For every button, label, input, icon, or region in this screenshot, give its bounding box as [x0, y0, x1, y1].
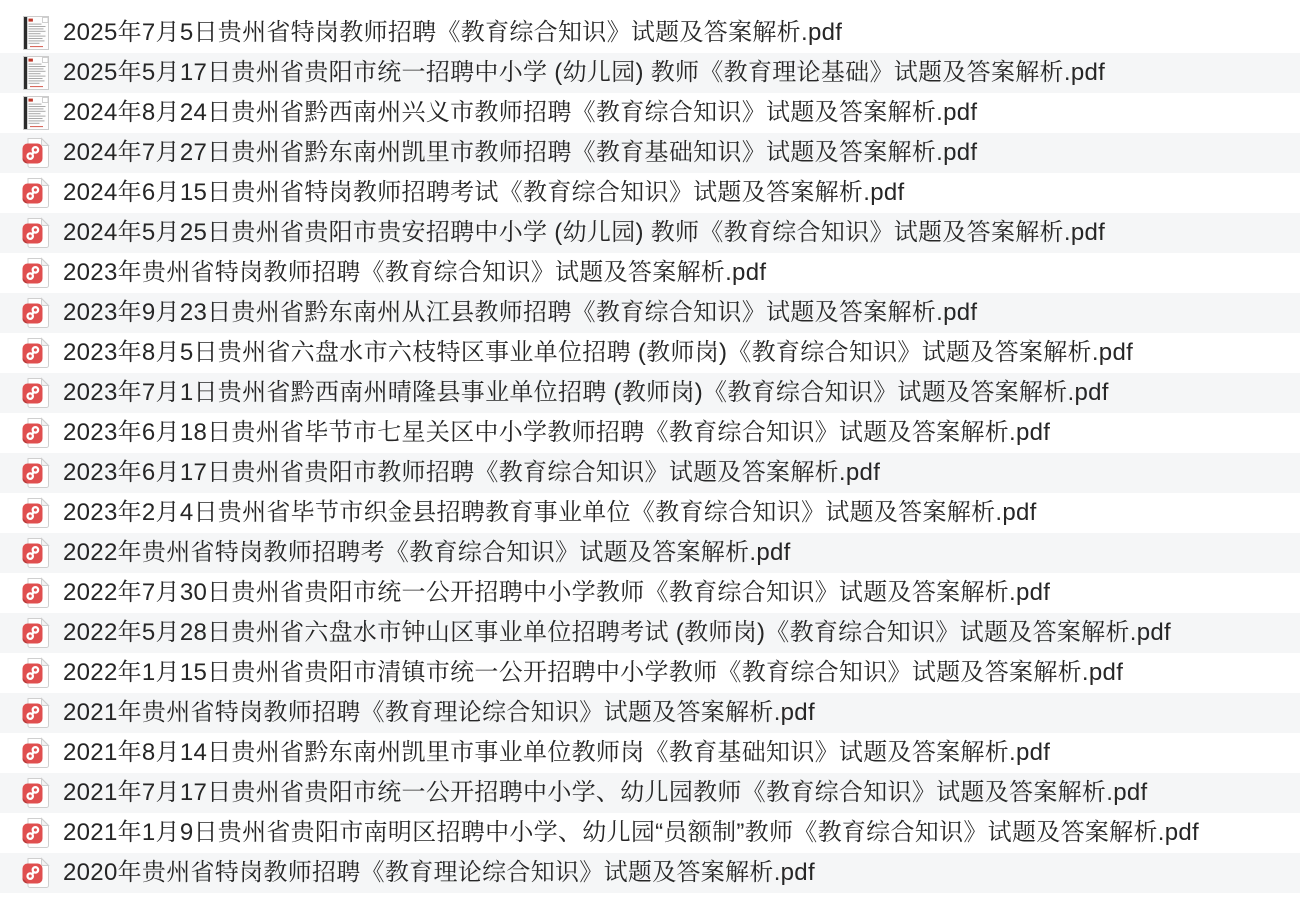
file-row[interactable]: 2021年7月17日贵州省贵阳市统一公开招聘中小学、幼儿园教师《教育综合知识》试…	[0, 773, 1300, 813]
pdf-thumbnail-icon	[22, 17, 50, 50]
file-name-label: 2024年5月25日贵州省贵阳市贵安招聘中小学 (幼儿园) 教师《教育综合知识》…	[63, 213, 1105, 253]
file-row[interactable]: 2023年6月18日贵州省毕节市七星关区中小学教师招聘《教育综合知识》试题及答案…	[0, 413, 1300, 453]
file-name-label: 2024年6月15日贵州省特岗教师招聘考试《教育综合知识》试题及答案解析.pdf	[63, 173, 904, 213]
file-name-label: 2024年8月24日贵州省黔西南州兴义市教师招聘《教育综合知识》试题及答案解析.…	[63, 93, 977, 133]
file-name-label: 2022年5月28日贵州省六盘水市钟山区事业单位招聘考试 (教师岗)《教育综合知…	[63, 613, 1171, 653]
file-row[interactable]: 2022年贵州省特岗教师招聘考《教育综合知识》试题及答案解析.pdf	[0, 533, 1300, 573]
file-name-label: 2025年7月5日贵州省特岗教师招聘《教育综合知识》试题及答案解析.pdf	[63, 13, 842, 53]
file-name-label: 2021年7月17日贵州省贵阳市统一公开招聘中小学、幼儿园教师《教育综合知识》试…	[63, 773, 1147, 813]
pdf-file-icon	[22, 697, 50, 730]
file-row[interactable]: 2024年8月24日贵州省黔西南州兴义市教师招聘《教育综合知识》试题及答案解析.…	[0, 93, 1300, 133]
pdf-file-icon	[22, 337, 50, 370]
file-name-label: 2022年1月15日贵州省贵阳市清镇市统一公开招聘中小学教师《教育综合知识》试题…	[63, 653, 1123, 693]
pdf-file-icon	[22, 417, 50, 450]
file-name-label: 2022年7月30日贵州省贵阳市统一公开招聘中小学教师《教育综合知识》试题及答案…	[63, 573, 1050, 613]
pdf-file-icon	[22, 297, 50, 330]
file-row[interactable]: 2021年1月9日贵州省贵阳市南明区招聘中小学、幼儿园“员额制”教师《教育综合知…	[0, 813, 1300, 853]
file-name-label: 2021年8月14日贵州省黔东南州凯里市事业单位教师岗《教育基础知识》试题及答案…	[63, 733, 1050, 773]
pdf-file-icon	[22, 777, 50, 810]
pdf-file-icon	[22, 617, 50, 650]
file-row[interactable]: 2021年8月14日贵州省黔东南州凯里市事业单位教师岗《教育基础知识》试题及答案…	[0, 733, 1300, 773]
file-row[interactable]: 2023年2月4日贵州省毕节市织金县招聘教育事业单位《教育综合知识》试题及答案解…	[0, 493, 1300, 533]
pdf-file-icon	[22, 377, 50, 410]
file-row[interactable]: 2021年贵州省特岗教师招聘《教育理论综合知识》试题及答案解析.pdf	[0, 693, 1300, 733]
file-row[interactable]: 2024年6月15日贵州省特岗教师招聘考试《教育综合知识》试题及答案解析.pdf	[0, 173, 1300, 213]
file-row[interactable]: 2023年贵州省特岗教师招聘《教育综合知识》试题及答案解析.pdf	[0, 253, 1300, 293]
file-name-label: 2021年1月9日贵州省贵阳市南明区招聘中小学、幼儿园“员额制”教师《教育综合知…	[63, 813, 1199, 853]
file-name-label: 2021年贵州省特岗教师招聘《教育理论综合知识》试题及答案解析.pdf	[63, 693, 815, 733]
pdf-file-icon	[22, 457, 50, 490]
file-name-label: 2020年贵州省特岗教师招聘《教育理论综合知识》试题及答案解析.pdf	[63, 853, 815, 893]
pdf-file-icon	[22, 217, 50, 250]
file-row[interactable]: 2024年5月25日贵州省贵阳市贵安招聘中小学 (幼儿园) 教师《教育综合知识》…	[0, 213, 1300, 253]
pdf-file-icon	[22, 497, 50, 530]
pdf-file-icon	[22, 537, 50, 570]
file-row[interactable]: 2023年9月23日贵州省黔东南州从江县教师招聘《教育综合知识》试题及答案解析.…	[0, 293, 1300, 333]
file-name-label: 2024年7月27日贵州省黔东南州凯里市教师招聘《教育基础知识》试题及答案解析.…	[63, 133, 977, 173]
file-name-label: 2023年9月23日贵州省黔东南州从江县教师招聘《教育综合知识》试题及答案解析.…	[63, 293, 977, 333]
file-row[interactable]: 2022年5月28日贵州省六盘水市钟山区事业单位招聘考试 (教师岗)《教育综合知…	[0, 613, 1300, 653]
pdf-file-icon	[22, 657, 50, 690]
pdf-file-icon	[22, 857, 50, 890]
file-name-label: 2025年5月17日贵州省贵阳市统一招聘中小学 (幼儿园) 教师《教育理论基础》…	[63, 53, 1105, 93]
file-row[interactable]: 2025年7月5日贵州省特岗教师招聘《教育综合知识》试题及答案解析.pdf	[0, 13, 1300, 53]
file-row[interactable]: 2024年7月27日贵州省黔东南州凯里市教师招聘《教育基础知识》试题及答案解析.…	[0, 133, 1300, 173]
file-row[interactable]: 2025年5月17日贵州省贵阳市统一招聘中小学 (幼儿园) 教师《教育理论基础》…	[0, 53, 1300, 93]
file-name-label: 2023年7月1日贵州省黔西南州晴隆县事业单位招聘 (教师岗)《教育综合知识》试…	[63, 373, 1109, 413]
pdf-thumbnail-icon	[22, 97, 50, 130]
pdf-file-icon	[22, 177, 50, 210]
file-name-label: 2023年6月17日贵州省贵阳市教师招聘《教育综合知识》试题及答案解析.pdf	[63, 453, 880, 493]
file-name-label: 2022年贵州省特岗教师招聘考《教育综合知识》试题及答案解析.pdf	[63, 533, 791, 573]
pdf-file-icon	[22, 137, 50, 170]
file-name-label: 2023年6月18日贵州省毕节市七星关区中小学教师招聘《教育综合知识》试题及答案…	[63, 413, 1050, 453]
file-row[interactable]: 2022年7月30日贵州省贵阳市统一公开招聘中小学教师《教育综合知识》试题及答案…	[0, 573, 1300, 613]
file-row[interactable]: 2023年8月5日贵州省六盘水市六枝特区事业单位招聘 (教师岗)《教育综合知识》…	[0, 333, 1300, 373]
pdf-file-icon	[22, 577, 50, 610]
file-row[interactable]: 2023年7月1日贵州省黔西南州晴隆县事业单位招聘 (教师岗)《教育综合知识》试…	[0, 373, 1300, 413]
pdf-file-icon	[22, 817, 50, 850]
pdf-file-icon	[22, 737, 50, 770]
file-row[interactable]: 2020年贵州省特岗教师招聘《教育理论综合知识》试题及答案解析.pdf	[0, 853, 1300, 893]
pdf-file-icon	[22, 257, 50, 290]
file-row[interactable]: 2022年1月15日贵州省贵阳市清镇市统一公开招聘中小学教师《教育综合知识》试题…	[0, 653, 1300, 693]
pdf-thumbnail-icon	[22, 57, 50, 90]
file-name-label: 2023年2月4日贵州省毕节市织金县招聘教育事业单位《教育综合知识》试题及答案解…	[63, 493, 1037, 533]
file-row[interactable]: 2023年6月17日贵州省贵阳市教师招聘《教育综合知识》试题及答案解析.pdf	[0, 453, 1300, 493]
file-name-label: 2023年8月5日贵州省六盘水市六枝特区事业单位招聘 (教师岗)《教育综合知识》…	[63, 333, 1133, 373]
file-name-label: 2023年贵州省特岗教师招聘《教育综合知识》试题及答案解析.pdf	[63, 253, 766, 293]
file-list: 2025年7月5日贵州省特岗教师招聘《教育综合知识》试题及答案解析.pdf 20…	[0, 0, 1300, 893]
